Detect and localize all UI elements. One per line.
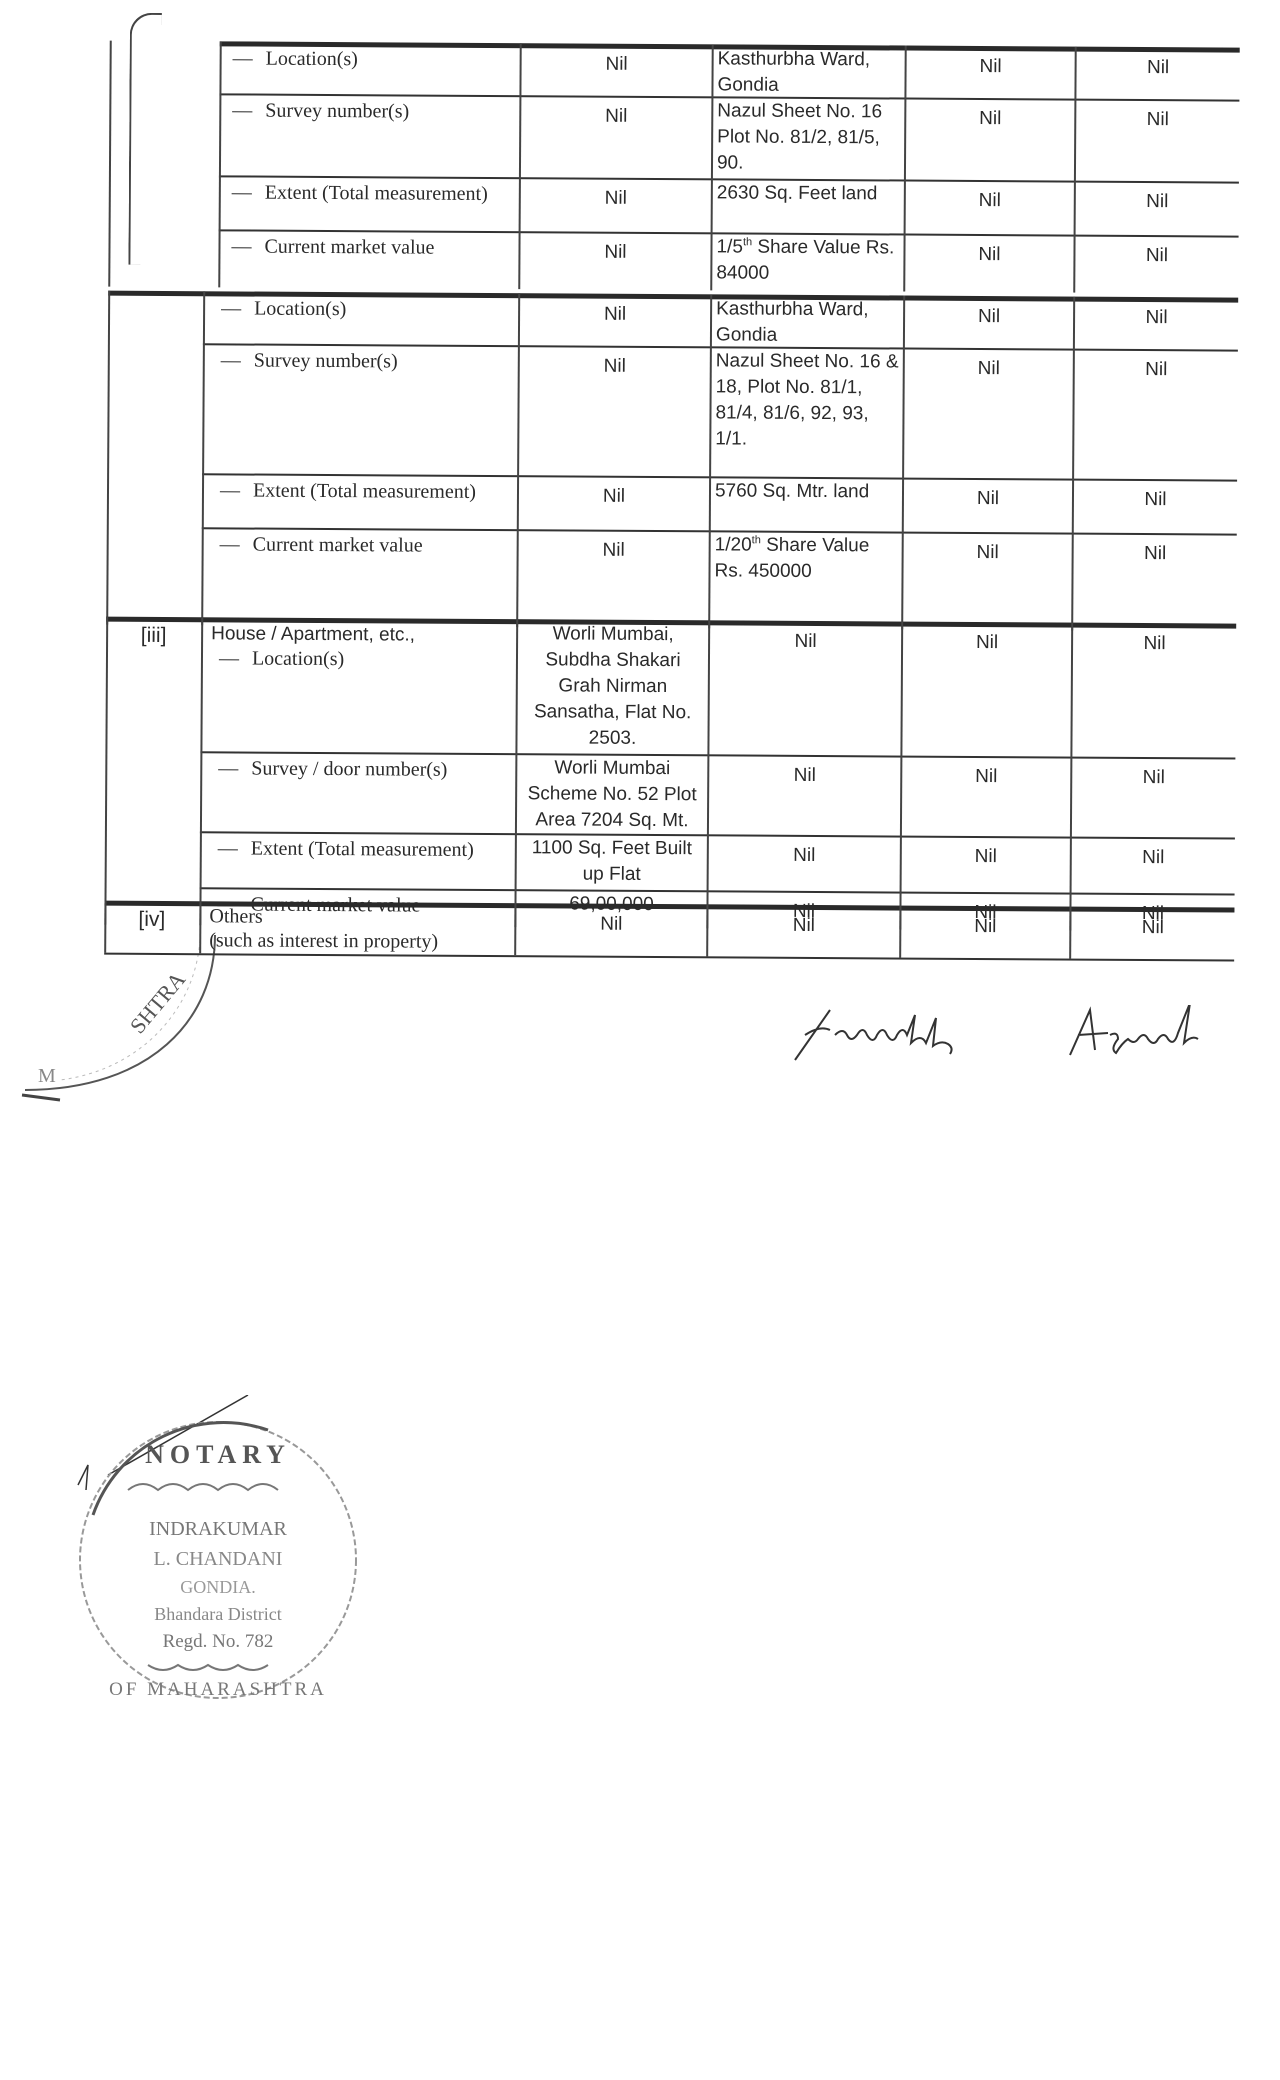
value-cell-col1: 1100 Sq. Feet Built up Flat <box>521 835 703 888</box>
value-cell-col4: Nil <box>1076 845 1231 872</box>
row-label: Survey number(s) <box>221 347 516 375</box>
row-label: Location(s) <box>233 45 518 73</box>
value-cell-col3: Nil <box>907 630 1067 657</box>
value-cell-col3: Nil <box>910 106 1070 133</box>
notary-stamp: NOTARY INDRAKUMAR L. CHANDANI GONDIA. Bh… <box>68 1395 368 1725</box>
table-column-rule <box>514 619 518 927</box>
value-cell-col3: Nil <box>905 914 1065 941</box>
value-cell-col1: Nil <box>520 911 702 938</box>
fraction-text: 1/5 <box>716 236 743 257</box>
table-column-rule <box>901 296 905 630</box>
row-label: Survey / door number(s) <box>218 755 513 783</box>
table-column-rule <box>1069 623 1073 931</box>
value-cell-col4: Nil <box>1079 357 1234 384</box>
value-cell-col2: Kasthurbha Ward, Gondia <box>717 46 900 99</box>
table-column-rule <box>199 617 203 925</box>
table-column-rule <box>516 293 520 627</box>
signature <box>790 1005 1250 1065</box>
value-cell-col1: Nil <box>524 301 706 328</box>
table-column-rule <box>1069 907 1071 959</box>
value-cell-col4: Nil <box>1080 189 1235 216</box>
value-cell-col4: Nil <box>1079 243 1234 270</box>
value-cell-col4: Nil <box>1078 487 1233 514</box>
value-cell-col2: Nil <box>713 842 896 869</box>
value-cell-col1: Nil <box>525 185 707 212</box>
value-cell-col1: Nil <box>525 103 707 130</box>
value-cell-col4: Nil <box>1075 915 1230 942</box>
row-label: Location(s) <box>221 295 516 323</box>
value-cell-col2: Kasthurbha Ward, Gondia <box>716 296 899 349</box>
table-column-rule <box>1071 297 1075 631</box>
value-cell-col4: Nil <box>1080 107 1235 134</box>
table-column-rule <box>201 291 205 625</box>
row-label: Extent (Total measurement) <box>232 179 517 207</box>
value-cell-col4: Nil <box>1077 631 1232 658</box>
value-cell-col4: Nil <box>1078 541 1233 568</box>
value-cell-col3: Nil <box>908 540 1068 567</box>
value-cell-col3: Nil <box>910 188 1070 215</box>
value-cell-col2: Nil <box>713 762 896 789</box>
ordinal-suffix: th <box>752 534 761 546</box>
value-cell-col3: Nil <box>909 304 1069 331</box>
value-cell-col4: Nil <box>1079 305 1234 332</box>
value-cell-col2: Nazul Sheet No. 16 Plot No. 81/2, 81/5, … <box>717 98 900 177</box>
value-cell-col1: Nil <box>524 353 706 380</box>
svg-text:NOTARY: NOTARY <box>145 1440 291 1469</box>
value-cell-col3: Nil <box>909 356 1069 383</box>
value-cell-col1: Nil <box>523 537 705 564</box>
table-column-rule <box>708 294 712 628</box>
value-cell-col3: Nil <box>906 844 1066 871</box>
row-label: Current market value <box>231 233 516 261</box>
value-cell-col3: Nil <box>906 764 1066 791</box>
value-cell-col1: Nil <box>524 239 706 266</box>
row-label: Survey number(s) <box>232 97 517 125</box>
table-column-rule <box>899 622 903 930</box>
table-column-rule <box>518 43 522 289</box>
value-cell-col3: Nil <box>908 486 1068 513</box>
table-column-rule <box>108 41 112 287</box>
svg-text:OF MAHARASHTRA: OF MAHARASHTRA <box>109 1679 327 1700</box>
table-column-rule <box>710 44 714 290</box>
value-cell-col1: Nil <box>526 51 708 78</box>
value-cell-col4: Nil <box>1081 55 1236 82</box>
table-column-rule <box>199 901 201 953</box>
value-cell-col1: Nil <box>523 483 705 510</box>
row-label: Extent (Total measurement) <box>220 477 515 505</box>
value-cell-col1: Worli Mumbai, Subdha Shakari Grah Nirman… <box>521 621 704 752</box>
value-cell-col2: Nil <box>712 912 895 939</box>
share-value-cell: 1/20th Share Value Rs. 450000 <box>714 532 897 585</box>
fraction-text: 1/20 <box>715 534 752 555</box>
page-edge-bracket <box>128 13 162 265</box>
asset-table: Location(s)NilKasthurbha Ward, GondiaNil… <box>0 0 1280 1008</box>
table-column-rule <box>706 904 708 956</box>
svg-text:L. CHANDANI: L. CHANDANI <box>154 1548 283 1570</box>
table-column-rule <box>899 906 901 958</box>
section-index: [iii] <box>106 623 201 650</box>
table-column-rule <box>1073 47 1077 293</box>
ordinal-suffix: th <box>743 236 752 248</box>
table-column-rule <box>903 46 907 292</box>
value-cell-col2: Nil <box>714 628 897 655</box>
row-label: Current market value <box>220 531 515 559</box>
row-label: Location(s) <box>219 645 514 673</box>
value-cell-col1: Worli Mumbai Scheme No. 52 Plot Area 720… <box>521 755 703 834</box>
share-value-cell: 1/5th Share Value Rs. 84000 <box>716 234 899 287</box>
svg-text:Regd. No. 782: Regd. No. 782 <box>163 1631 274 1652</box>
svg-text:M: M <box>38 1065 56 1087</box>
document-page: SHTRA M Location(s)NilKasthurbha Ward, G… <box>0 0 1280 2080</box>
value-cell-col3: Nil <box>911 54 1071 81</box>
section-index: [iv] <box>104 907 199 934</box>
table-column-rule <box>706 620 710 928</box>
svg-text:Bhandara District: Bhandara District <box>154 1604 281 1624</box>
svg-text:GONDIA.: GONDIA. <box>180 1577 256 1597</box>
table-column-rule <box>104 901 106 953</box>
table-column-rule <box>106 291 110 625</box>
table-column-rule <box>218 41 222 287</box>
table-rule <box>104 953 1234 962</box>
value-cell-col2: Nazul Sheet No. 16 & 18, Plot No. 81/1, … <box>715 348 899 453</box>
table-column-rule <box>514 903 516 955</box>
table-column-rule <box>104 617 108 925</box>
row-label-sub: (such as interest in property) <box>209 927 514 955</box>
row-label: Extent (Total measurement) <box>218 835 513 863</box>
value-cell-col3: Nil <box>909 242 1069 269</box>
value-cell-col2: 2630 Sq. Feet land <box>717 180 900 207</box>
svg-text:INDRAKUMAR: INDRAKUMAR <box>149 1518 287 1540</box>
value-cell-col2: 5760 Sq. Mtr. land <box>715 478 898 505</box>
value-cell-col4: Nil <box>1076 765 1231 792</box>
